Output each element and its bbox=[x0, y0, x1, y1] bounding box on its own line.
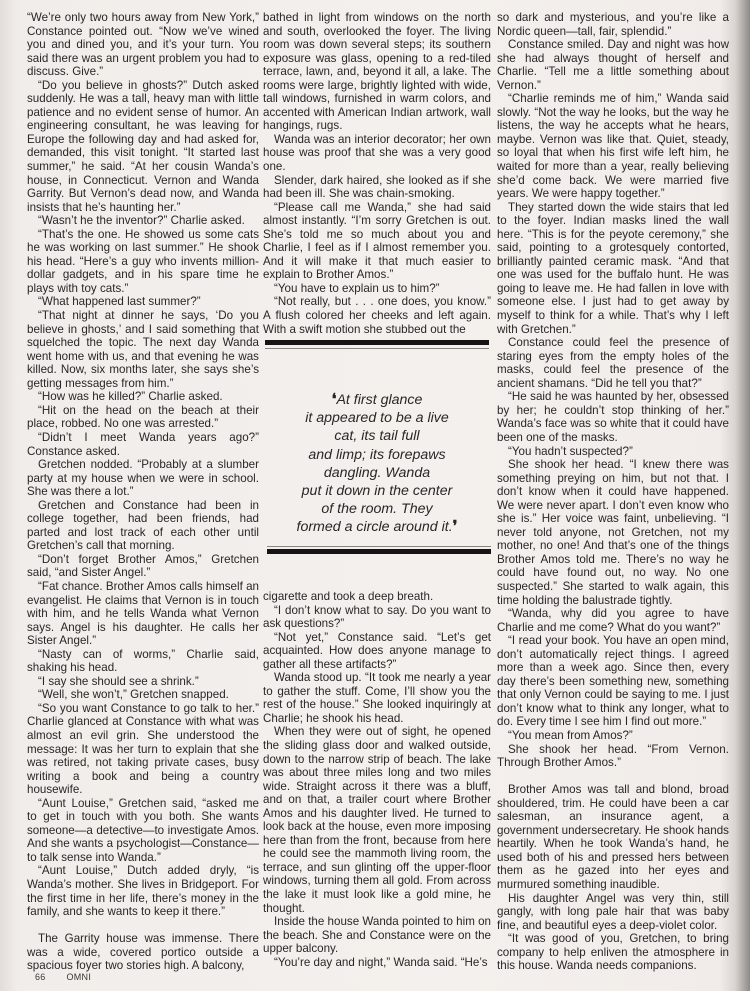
column-left: “We’re only two hours away from New York… bbox=[27, 11, 259, 973]
paragraph: “Fat chance. Brother Amos calls himself … bbox=[27, 580, 259, 648]
paragraph: Constance could feel the presence of sta… bbox=[497, 336, 729, 390]
paragraph: “Do you believe in ghosts?” Dutch asked … bbox=[27, 79, 259, 214]
paragraph: She shook her head. “I knew there was so… bbox=[497, 458, 729, 607]
column-middle-top: bathed in light from windows on the nort… bbox=[263, 11, 491, 336]
paragraph: Gretchen nodded. “Probably at a slumber … bbox=[27, 458, 259, 499]
paragraph: “Nasty can of worms,” Charlie said, shak… bbox=[27, 648, 259, 675]
paragraph: “Hit on the head on the beach at their p… bbox=[27, 404, 259, 431]
pull-quote-line: cat, its tail full bbox=[334, 428, 419, 444]
paragraph: “Wanda, why did you agree to have Charli… bbox=[497, 607, 729, 634]
paragraph: “Didn’t I meet Wanda years ago?” Constan… bbox=[27, 431, 259, 458]
paragraph: “You’re day and night,” Wanda said. “He’… bbox=[263, 956, 491, 970]
pull-quote-line: put it down in the center bbox=[302, 483, 453, 499]
pull-quote-line: formed a circle around it. bbox=[297, 519, 453, 535]
close-quote-icon: ❜ bbox=[453, 518, 458, 535]
paragraph: “I say she should see a shrink.” bbox=[27, 675, 259, 689]
paragraph: “That night at dinner he says, ‘Do you b… bbox=[27, 309, 259, 390]
paragraph: When they were out of sight, he opened t… bbox=[263, 725, 491, 915]
pull-quote-line: it appeared to be a live bbox=[305, 410, 449, 426]
column-right: so dark and mysterious, and you’re like … bbox=[497, 11, 729, 973]
paragraph: “Aunt Louise,” Gretchen said, “asked me … bbox=[27, 797, 259, 865]
paragraph: She shook her head. “From Vernon. Throug… bbox=[497, 743, 729, 770]
paragraph: “Wasn’t he the inventor?” Charlie asked. bbox=[27, 214, 259, 228]
paragraph: “So you want Constance to go talk to her… bbox=[27, 702, 259, 797]
paragraph: “Aunt Louise,” Dutch added dryly, “is Wa… bbox=[27, 864, 259, 918]
paragraph: “You mean from Amos?” bbox=[497, 729, 729, 743]
paragraph: “Not really, but . . . one does, you kno… bbox=[263, 295, 491, 336]
pull-quote-line: dangling. Wanda bbox=[324, 465, 430, 481]
paragraph: Inside the house Wanda pointed to him on… bbox=[263, 915, 491, 956]
column-middle-bottom: cigarette and took a deep breath. “I don… bbox=[263, 590, 491, 969]
page-footer: 66 OMNI bbox=[35, 972, 109, 982]
paragraph: “He said he was haunted by her, obsessed… bbox=[497, 390, 729, 444]
paragraph: “What happened last summer?” bbox=[27, 295, 259, 309]
paragraph: “That’s the one. He showed us some cats … bbox=[27, 228, 259, 296]
pull-quote-rule-bottom-thin bbox=[267, 546, 491, 547]
paragraph: “It was good of you, Gretchen, to bring … bbox=[497, 932, 729, 973]
paragraph: “I read your book. You have an open mind… bbox=[497, 634, 729, 729]
paragraph: “Charlie reminds me of him,” Wanda said … bbox=[497, 92, 729, 200]
paragraph: “Don’t forget Brother Amos,” Gretchen sa… bbox=[27, 553, 259, 580]
magazine-name: OMNI bbox=[66, 972, 91, 982]
paragraph-section-start: The Garrity house was immense. There was… bbox=[27, 932, 259, 973]
paragraph: cigarette and took a deep breath. bbox=[263, 590, 491, 604]
paragraph: Gretchen and Constance had been in colle… bbox=[27, 499, 259, 553]
paragraph: Wanda stood up. “It took me nearly a yea… bbox=[263, 671, 491, 725]
pull-quote-line: of the room. They bbox=[321, 501, 432, 517]
paragraph: “Not yet,” Constance said. “Let’s get ac… bbox=[263, 631, 491, 672]
paragraph: “You have to explain us to him?” bbox=[263, 282, 491, 296]
paragraph: bathed in light from windows on the nort… bbox=[263, 11, 491, 133]
paragraph: so dark and mysterious, and you’re like … bbox=[497, 11, 729, 38]
paragraph: Constance smiled. Day and night was how … bbox=[497, 38, 729, 92]
page-number: 66 bbox=[35, 972, 46, 982]
paragraph: They started down the wide stairs that l… bbox=[497, 201, 729, 336]
paragraph: “How was he killed?” Charlie asked. bbox=[27, 390, 259, 404]
paragraph: “I don’t know what to say. Do you want t… bbox=[263, 604, 491, 631]
paragraph: “Please call me Wanda,” she had said alm… bbox=[263, 201, 491, 282]
paragraph: “Well, she won’t,” Gretchen snapped. bbox=[27, 688, 259, 702]
paragraph: “You hadn’t suspected?” bbox=[497, 445, 729, 459]
pull-quote-text: ❛At first glance it appeared to be a liv… bbox=[263, 391, 491, 537]
pull-quote-rule-bottom bbox=[267, 549, 491, 554]
paragraph-section-start: Brother Amos was tall and blond, broad s… bbox=[497, 783, 729, 891]
pull-quote-rule-top-thin bbox=[265, 348, 489, 349]
paragraph: Slender, dark haired, she looked as if s… bbox=[263, 174, 491, 201]
magazine-page: “We’re only two hours away from New York… bbox=[0, 0, 750, 991]
pull-quote: ❛At first glance it appeared to be a liv… bbox=[263, 340, 491, 558]
pull-quote-line: At first glance bbox=[336, 392, 422, 408]
pull-quote-rule-top bbox=[265, 340, 489, 345]
paragraph: Wanda was an interior decorator; her own… bbox=[263, 133, 491, 174]
paragraph: “We’re only two hours away from New York… bbox=[27, 11, 259, 79]
paragraph: His daughter Angel was very thin, still … bbox=[497, 892, 729, 933]
pull-quote-line: and limp; its forepaws bbox=[308, 447, 445, 463]
